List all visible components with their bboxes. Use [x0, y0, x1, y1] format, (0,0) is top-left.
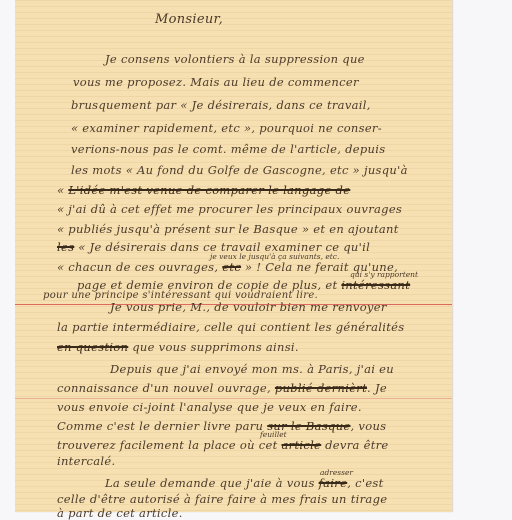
- letter-line: verions-nous pas le comt. même de l'arti…: [71, 142, 385, 156]
- letter-line-struck: « L'idée m'est venue de comparer le lang…: [57, 183, 350, 197]
- letter-page: Monsieur, Je consens volontiers à la sup…: [15, 0, 452, 512]
- letter-line: celle d'être autorisé à faire faire à me…: [57, 492, 387, 506]
- letter-line: intercalé.: [57, 454, 115, 468]
- letter-line: Je vous prie, M., de vouloir bien me ren…: [110, 300, 387, 314]
- letter-line: brusquement par « Je désirerais, dans ce…: [71, 98, 371, 112]
- interlinear-insertion: feuillet: [260, 430, 287, 439]
- struck-text: publié dernièrt: [275, 381, 367, 395]
- letter-line: en question que vous supprimons ainsi.: [57, 340, 299, 354]
- letter-line: « publiés jusqu'à présent sur le Basque …: [57, 222, 399, 236]
- letter-line: « chacun de ces ouvrages, etc » ! Cela n…: [57, 260, 398, 274]
- letter-line: trouverez facilement la place où cet art…: [57, 438, 389, 452]
- letter-line: Depuis que j'ai envoyé mon ms. à Paris, …: [110, 362, 394, 376]
- struck-text: L'idée m'est venue de comparer le langag…: [68, 183, 350, 197]
- letter-line: « examiner rapidement, etc », pourquoi n…: [71, 121, 382, 135]
- salutation: Monsieur,: [155, 12, 223, 27]
- struck-text: en question: [57, 340, 128, 354]
- faint-red-rule: [15, 398, 452, 399]
- letter-line: les mots « Au fond du Golfe de Gascogne,…: [71, 163, 408, 177]
- struck-text: etc: [222, 260, 241, 274]
- letter-line: à part de cet article.: [57, 506, 183, 512]
- quote-mark: «: [57, 183, 64, 197]
- struck-text: faire: [319, 476, 348, 490]
- letter-line: « j'ai dû à cet effet me procurer les pr…: [57, 202, 402, 216]
- letter-line: La seule demande que j'aie à vous faire,…: [105, 476, 384, 490]
- struck-text: intéressant: [341, 278, 410, 292]
- letter-line: vous envoie ci-joint l'analyse que je ve…: [57, 400, 362, 414]
- struck-text: les: [57, 240, 74, 254]
- letter-line: Comme c'est le dernier livre paru sur le…: [57, 419, 386, 433]
- letter-line: la partie intermédiaire, celle qui conti…: [57, 320, 404, 334]
- letter-line: vous me proposez. Mais au lieu de commen…: [73, 75, 359, 89]
- struck-text: article: [281, 438, 321, 452]
- letter-line: Je consens volontiers à la suppression q…: [105, 52, 365, 66]
- letter-line: connaissance d'un nouvel ouvrage, publié…: [57, 381, 387, 395]
